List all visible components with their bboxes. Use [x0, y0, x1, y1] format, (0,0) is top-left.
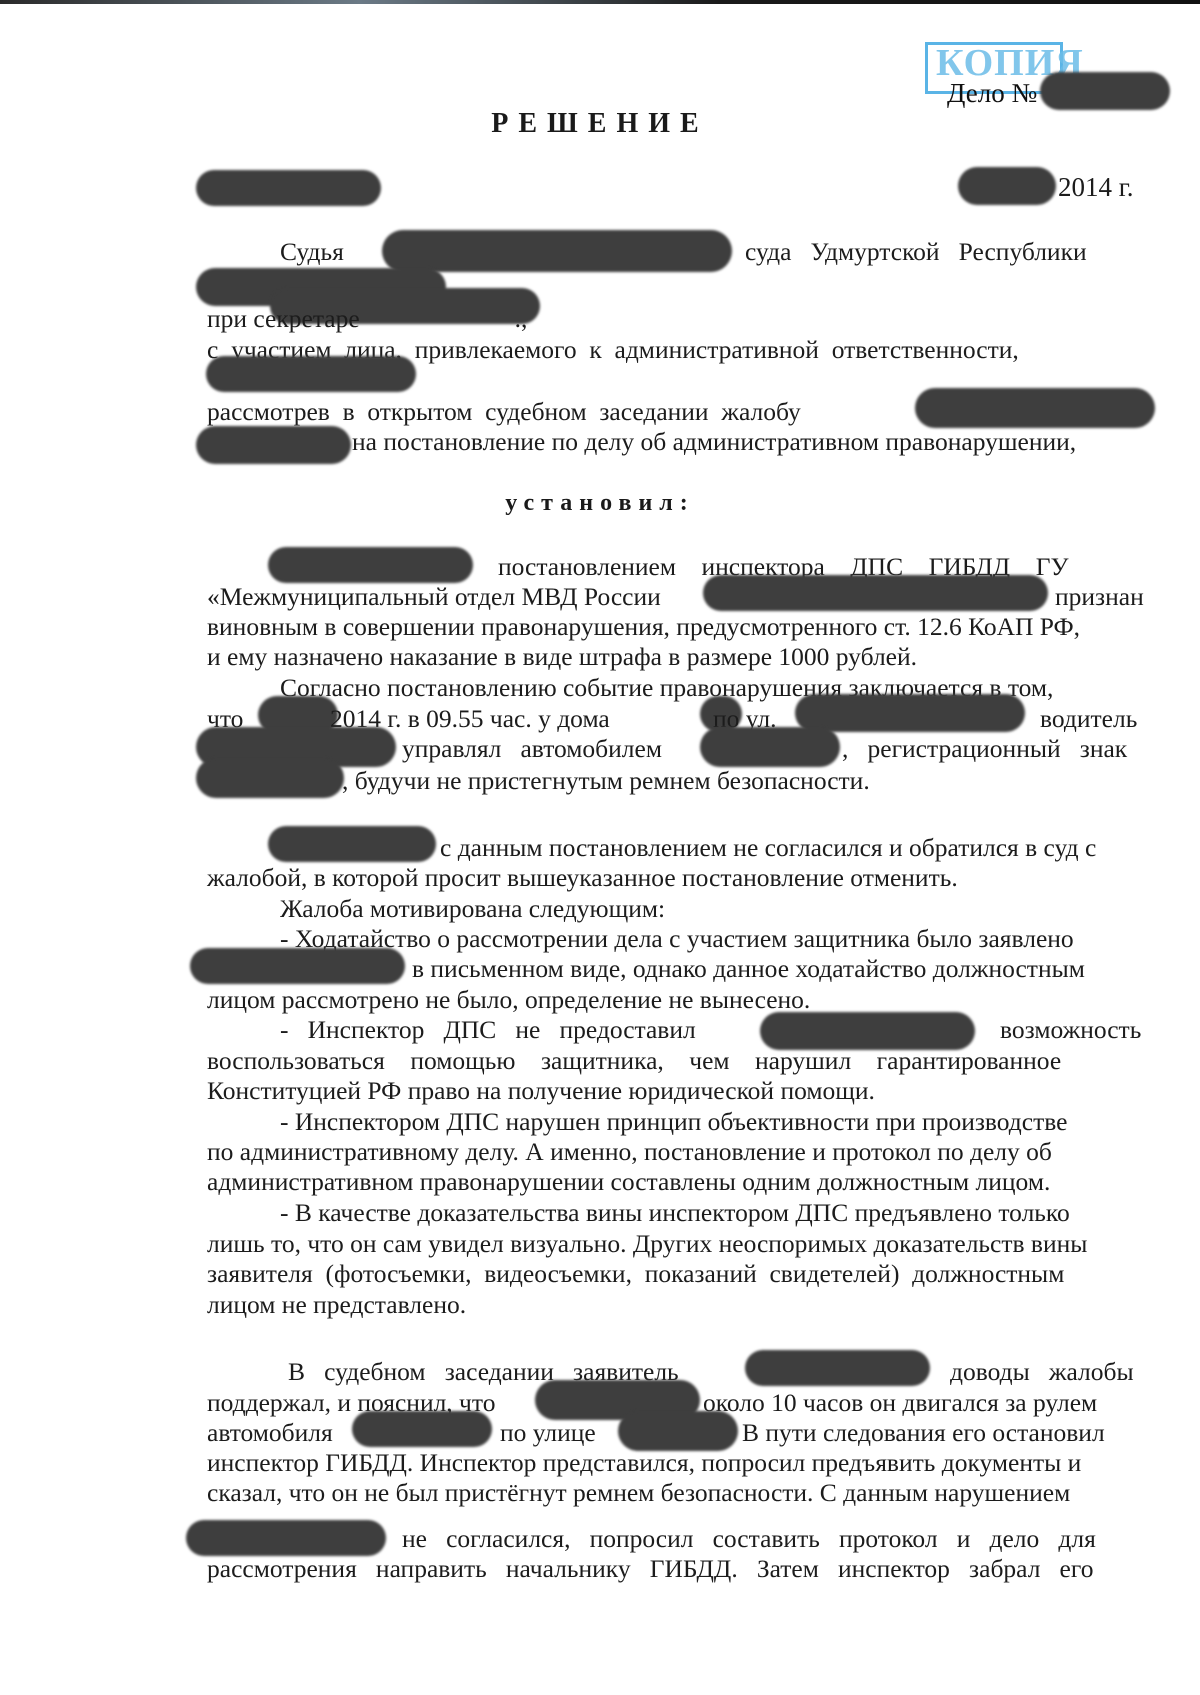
document-title: РЕШЕНИЕ: [0, 108, 1200, 140]
p2-line1: Согласно постановлению событие правонару…: [280, 672, 1200, 703]
b4-line4: лицом не представлено.: [207, 1289, 1152, 1320]
redaction: [206, 356, 416, 392]
redaction: [268, 826, 436, 862]
b2-line1b: возможность: [1000, 1014, 1152, 1045]
b2-line3: Конституцией РФ право на получение юриди…: [207, 1075, 1152, 1106]
b4-line3: заявителя (фотосъемки, видеосъемки, пока…: [207, 1258, 1152, 1289]
p5-line3c: В пути следования его остановил: [742, 1417, 1152, 1448]
section-heading: установил:: [0, 490, 1200, 517]
redaction: [196, 426, 351, 464]
p5-line6: не согласился, попросил составить проток…: [402, 1523, 1152, 1554]
redaction: [618, 1411, 738, 1451]
p2-line2d: водитель: [1040, 703, 1152, 734]
b1-line3: лицом рассмотрено не было, определение н…: [207, 984, 1152, 1015]
on-ruling-line: на постановление по делу об администрати…: [352, 426, 1200, 457]
p3-line2: жалобой, в которой просит вышеуказанное …: [207, 862, 1152, 893]
p5-line5: сказал, что он не был пристёгнут ремнем …: [207, 1477, 1152, 1508]
p1-line4: и ему назначено наказание в виде штрафа …: [207, 641, 1152, 672]
b4-line2: лишь то, что он сам увидел визуально. Др…: [207, 1228, 1152, 1259]
court-name-tail: суда Удмуртской Республики: [745, 236, 1150, 267]
p5-line1b: доводы жалобы: [950, 1356, 1152, 1387]
redaction: [795, 694, 1025, 732]
document-date: 2014 г.: [1058, 172, 1134, 203]
b1-line1: - Ходатайство о рассмотрении дела с учас…: [280, 923, 1200, 954]
redaction: [196, 758, 344, 798]
redaction: [915, 388, 1155, 428]
p2-line4: , будучи не пристегнутым ремнем безопасн…: [342, 765, 1200, 796]
redaction: [190, 948, 405, 984]
scan-edge: [0, 0, 1200, 4]
p3-line1: с данным постановлением не согласился и …: [440, 832, 1200, 863]
redaction: [745, 1350, 930, 1386]
p1-line3: виновным в совершении правонарушения, пр…: [207, 611, 1152, 642]
court-name-text: суда Удмуртской Республики: [745, 237, 1087, 266]
redaction: [958, 167, 1056, 205]
b4-line1: - В качестве доказательства вины инспект…: [280, 1197, 1200, 1228]
p1-line2-tail: признан: [1055, 581, 1155, 612]
b1-line2: в письменном виде, однако данное ходатай…: [412, 953, 1200, 984]
b3-line1: - Инспектором ДПС нарушен принцип объект…: [280, 1106, 1200, 1137]
p5-line4: инспектор ГИБДД. Инспектор представился,…: [207, 1447, 1152, 1478]
p5-line7: рассмотрения направить начальнику ГИБДД.…: [207, 1553, 1152, 1584]
secretary-line: при секретаре.,: [207, 303, 1152, 334]
b3-line3: административном правонарушении составле…: [207, 1166, 1152, 1197]
p5-line2b: около 10 часов он двигался за рулем: [703, 1387, 1200, 1418]
b3-line2: по административному делу. А именно, пос…: [207, 1136, 1152, 1167]
redaction: [268, 547, 473, 583]
secretary-tail: .,: [515, 304, 528, 333]
redaction: [700, 727, 840, 767]
redaction: [186, 1520, 386, 1556]
p4-line: Жалоба мотивирована следующим:: [280, 893, 1200, 924]
redaction: [1040, 72, 1170, 110]
redaction: [352, 1411, 492, 1447]
p2-line3b: , регистрационный знак: [842, 733, 1152, 764]
b2-line2: воспользоваться помощью защитника, чем н…: [207, 1045, 1152, 1076]
secretary-label: при секретаре: [207, 304, 360, 333]
redaction: [196, 170, 381, 206]
redaction: [382, 230, 732, 272]
redaction: [703, 575, 1048, 611]
case-number-label: Дело №: [947, 78, 1037, 109]
